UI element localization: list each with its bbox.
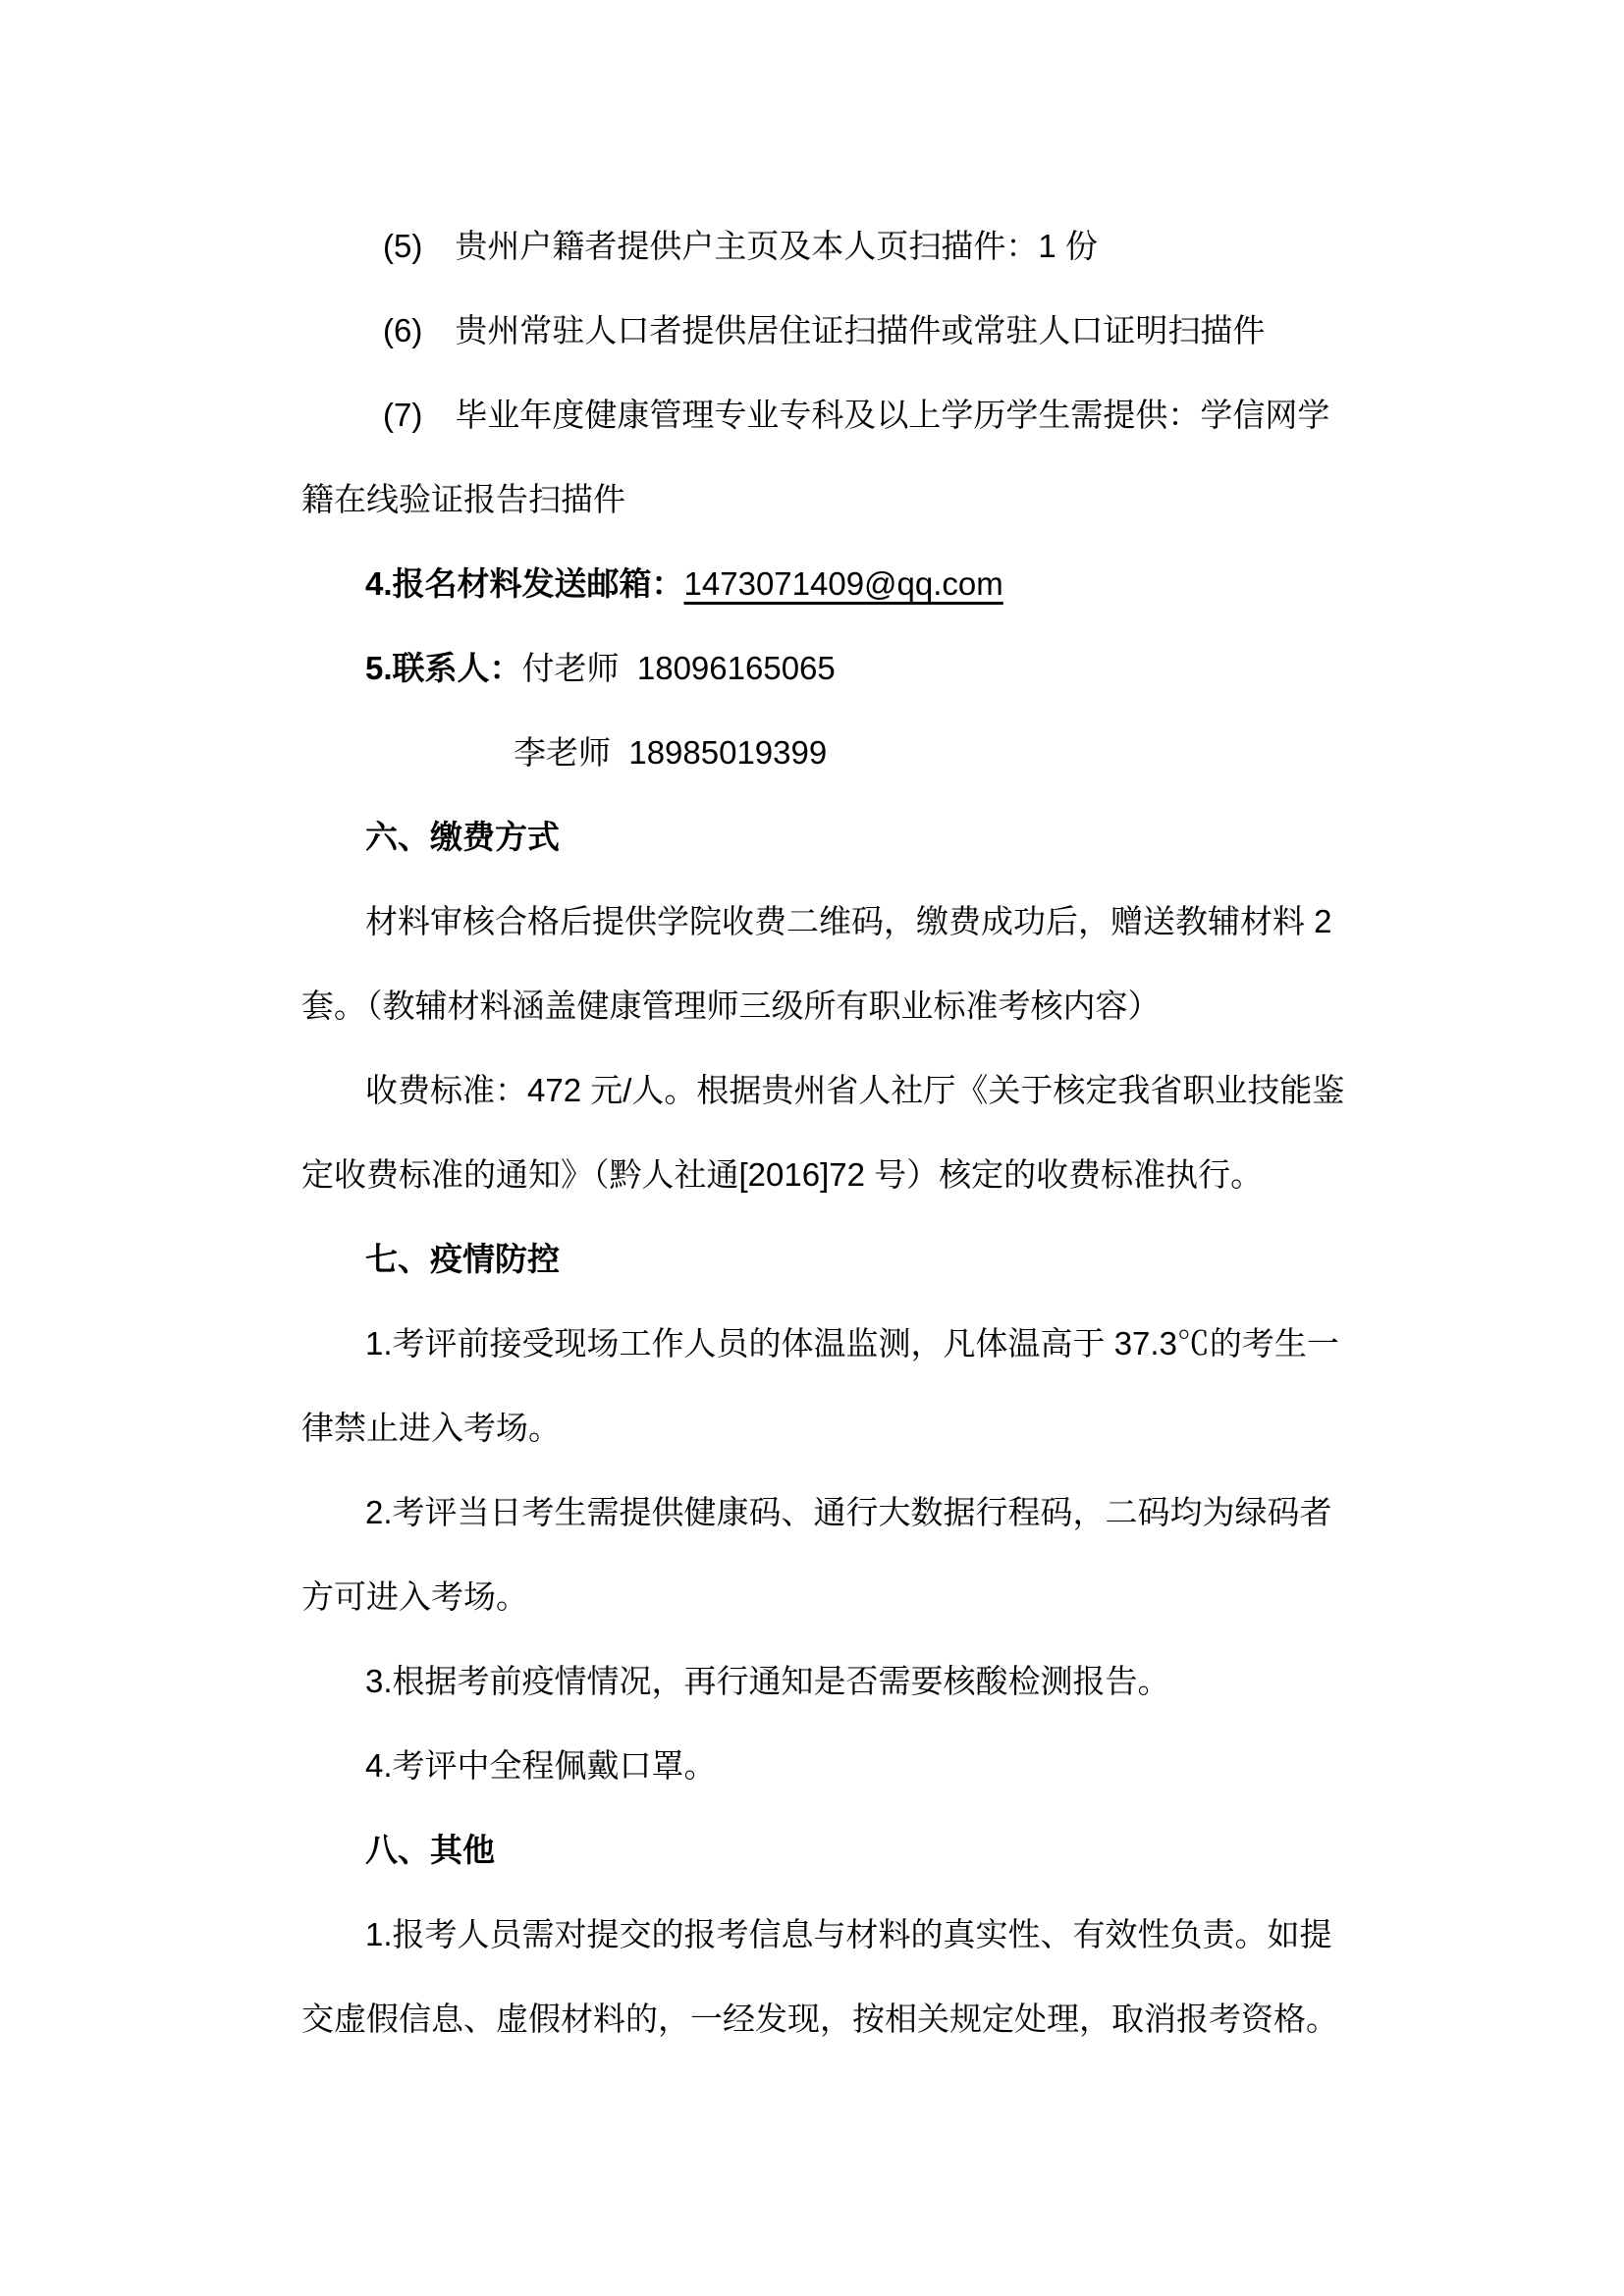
paragraph-epidemic-4: 4.考评中全程佩戴口罩。: [0, 1723, 1624, 1807]
text-segment: 4.考评中全程佩戴口罩。: [365, 1749, 717, 1782]
text-segment: 5.联系人：: [365, 652, 522, 684]
paragraph-payment-2b: 定收费标准的通知》（黔人社通[2016]72 号）核定的收费标准执行。: [0, 1132, 1624, 1216]
text-segment: 3.根据考前疫情情况，再行通知是否需要核酸检测报告。: [365, 1665, 1170, 1697]
text-segment: 1.报考人员需对提交的报考信息与材料的真实性、有效性负责。如提: [365, 1918, 1332, 1950]
list-item-7: (7) 毕业年度健康管理专业专科及以上学历学生需提供：学信网学: [0, 372, 1624, 456]
paragraph-epidemic-2a: 2.考评当日考生需提供健康码、通行大数据行程码，二码均为绿码者: [0, 1469, 1624, 1554]
text-segment: 籍在线验证报告扫描件: [301, 483, 625, 515]
email-link[interactable]: 1473071409@qq.com: [684, 567, 1003, 600]
paragraph-epidemic-1b: 律禁止进入考场。: [0, 1385, 1624, 1469]
text-segment: 李老师 18985019399: [514, 736, 827, 769]
text-segment: 八、其他: [365, 1834, 495, 1866]
list-item-7-continuation: 籍在线验证报告扫描件: [0, 456, 1624, 541]
text-segment: 材料审核合格后提供学院收费二维码，缴费成功后，赠送教辅材料 2: [365, 905, 1332, 937]
text-segment: (6) 贵州常驻人口者提供居住证扫描件或常驻人口证明扫描件: [383, 314, 1265, 347]
list-item-5: (5) 贵州户籍者提供户主页及本人页扫描件：1 份: [0, 203, 1624, 288]
list-item-6: (6) 贵州常驻人口者提供居住证扫描件或常驻人口证明扫描件: [0, 288, 1624, 372]
text-segment: 方可进入考场。: [301, 1580, 528, 1613]
paragraph-payment-2a: 收费标准：472 元/人。根据贵州省人社厅《关于核定我省职业技能鉴: [0, 1047, 1624, 1132]
contact-line-1: 5.联系人：付老师 18096165065: [0, 625, 1624, 710]
contact-line-2: 李老师 18985019399: [0, 710, 1624, 794]
document-page: (5) 贵州户籍者提供户主页及本人页扫描件：1 份(6) 贵州常驻人口者提供居住…: [0, 0, 1624, 2296]
text-segment: (5) 贵州户籍者提供户主页及本人页扫描件：1 份: [383, 230, 1098, 262]
section-heading-epidemic: 七、疫情防控: [0, 1216, 1624, 1301]
paragraph-payment-1a: 材料审核合格后提供学院收费二维码，缴费成功后，赠送教辅材料 2: [0, 879, 1624, 963]
text-segment: 六、缴费方式: [365, 821, 560, 853]
paragraph-other-1a: 1.报考人员需对提交的报考信息与材料的真实性、有效性负责。如提: [0, 1892, 1624, 1976]
paragraph-epidemic-2b: 方可进入考场。: [0, 1554, 1624, 1638]
text-segment: 七、疫情防控: [365, 1243, 560, 1275]
paragraph-other-1b: 交虚假信息、虚假材料的，一经发现，按相关规定处理，取消报考资格。: [0, 1976, 1624, 2060]
text-segment: (7) 毕业年度健康管理专业专科及以上学历学生需提供：学信网学: [383, 399, 1329, 431]
text-segment: 收费标准：472 元/人。根据贵州省人社厅《关于核定我省职业技能鉴: [365, 1074, 1344, 1106]
section-heading-payment: 六、缴费方式: [0, 794, 1624, 879]
text-segment: 交虚假信息、虚假材料的，一经发现，按相关规定处理，取消报考资格。: [301, 2002, 1338, 2035]
email-line: 4.报名材料发送邮箱：1473071409@qq.com: [0, 541, 1624, 625]
paragraph-epidemic-1a: 1.考评前接受现场工作人员的体温监测，凡体温高于 37.3℃的考生一: [0, 1301, 1624, 1385]
paragraph-payment-1b: 套。（教辅材料涵盖健康管理师三级所有职业标准考核内容）: [0, 963, 1624, 1047]
text-segment: 1.考评前接受现场工作人员的体温监测，凡体温高于 37.3℃的考生一: [365, 1327, 1339, 1360]
text-segment: 律禁止进入考场。: [301, 1412, 561, 1444]
text-segment: 套。（教辅材料涵盖健康管理师三级所有职业标准考核内容）: [301, 989, 1161, 1022]
text-segment: 2.考评当日考生需提供健康码、通行大数据行程码，二码均为绿码者: [365, 1496, 1332, 1528]
paragraph-epidemic-3: 3.根据考前疫情情况，再行通知是否需要核酸检测报告。: [0, 1638, 1624, 1723]
text-segment: 定收费标准的通知》（黔人社通[2016]72 号）核定的收费标准执行。: [301, 1158, 1263, 1191]
text-segment: 付老师 18096165065: [522, 652, 836, 684]
text-segment: 4.报名材料发送邮箱：: [365, 567, 684, 600]
section-heading-other: 八、其他: [0, 1807, 1624, 1892]
